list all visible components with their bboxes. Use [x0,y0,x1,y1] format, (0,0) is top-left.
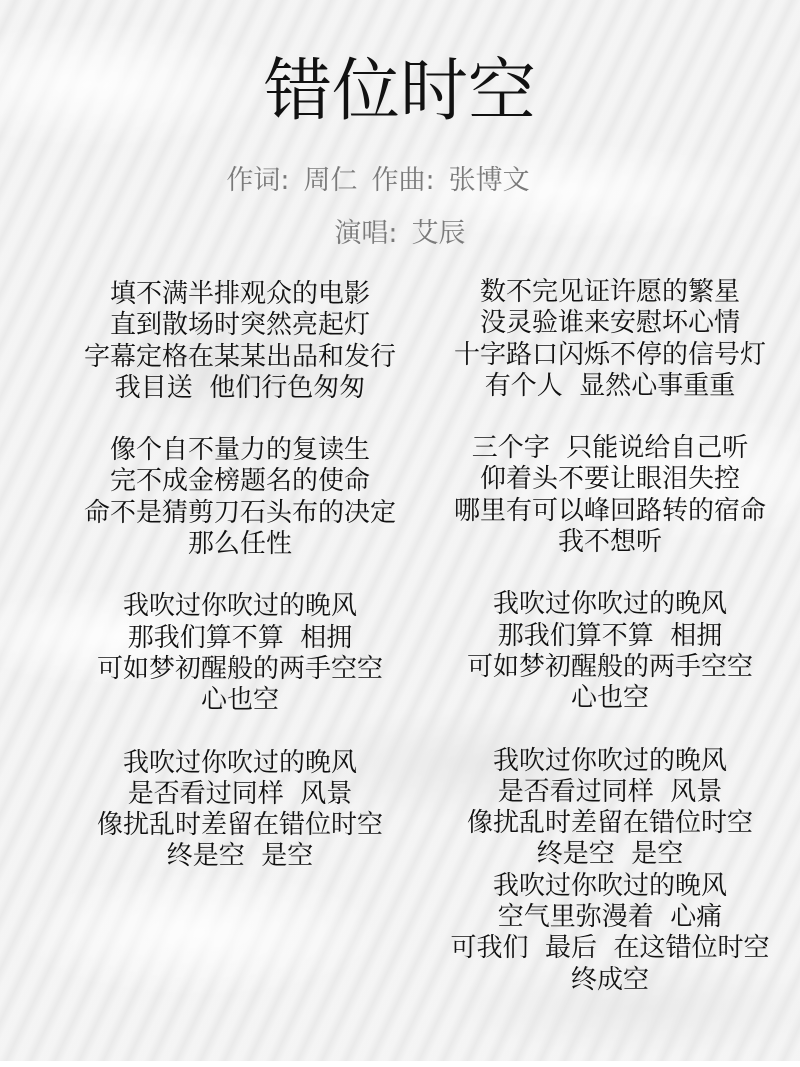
lyric-line: 是否看过同样 风景 [60,779,420,810]
lyric-stanza: 我吹过你吹过的晚风 空气里弥漫着 心痛 可我们 最后 在这错位时空 终成空 [432,871,788,996]
lyric-line: 我吹过你吹过的晚风 [432,871,788,902]
lyric-line: 我不想听 [432,527,788,558]
lyric-line: 三个字 只能说给自己听 [432,433,788,464]
lyric-line: 字幕定格在某某出品和发行 [60,342,420,373]
composer-name: 张博文 [449,165,530,196]
lyrics-right-column: 数不完见证许愿的繁星 没灵验谁来安慰坏心情 十字路口闪烁不停的信号灯 有个人 显… [432,277,788,996]
lyric-line: 我目送 他们行色匆匆 [60,373,420,404]
lyric-line: 我吹过你吹过的晚风 [60,748,420,779]
lyric-stanza: 我吹过你吹过的晚风 是否看过同样 风景 像扰乱时差留在错位时空 终是空 是空 [60,748,420,873]
credits-writers: 作词:周仁作曲:张博文 [0,163,778,199]
singer-name: 艾辰 [412,218,466,249]
lyric-line: 我吹过你吹过的晚风 [432,589,788,620]
lyric-line: 那我们算不算 相拥 [60,623,420,654]
lyric-line: 是否看过同样 风景 [432,777,788,808]
bottom-border-strip [0,1061,800,1067]
lyric-line: 终成空 [432,965,788,996]
lyric-line: 像扰乱时差留在错位时空 [60,810,420,841]
singer-label: 演唱: [334,218,397,249]
lyric-line: 我吹过你吹过的晚风 [60,591,420,622]
lyric-stanza: 填不满半排观众的电影 直到散场时突然亮起灯 字幕定格在某某出品和发行 我目送 他… [60,279,420,404]
lyric-stanza: 像个自不量力的复读生 完不成金榜题名的使命 命不是猜剪刀石头布的决定 那么任性 [60,435,420,560]
lyric-line: 命不是猜剪刀石头布的决定 [60,498,420,529]
composer-label: 作曲: [372,165,435,196]
lyric-line: 可如梦初醒般的两手空空 [60,654,420,685]
lyric-line: 直到散场时突然亮起灯 [60,310,420,341]
lyric-line: 没灵验谁来安慰坏心情 [432,308,788,339]
lyric-stanza: 三个字 只能说给自己听 仰着头不要让眼泪失控 哪里有可以峰回路转的宿命 我不想听 [432,433,788,558]
lyric-line: 仰着头不要让眼泪失控 [432,464,788,495]
lyric-stanza: 我吹过你吹过的晚风 是否看过同样 风景 像扰乱时差留在错位时空 终是空 是空 [432,746,788,871]
lyric-line: 那么任性 [60,529,420,560]
lyric-line: 完不成金榜题名的使命 [60,466,420,497]
lyrics-left-column: 填不满半排观众的电影 直到散场时突然亮起灯 字幕定格在某某出品和发行 我目送 他… [60,279,420,904]
lyric-line: 填不满半排观众的电影 [60,279,420,310]
lyric-stanza: 数不完见证许愿的繁星 没灵验谁来安慰坏心情 十字路口闪烁不停的信号灯 有个人 显… [432,277,788,402]
lyric-line: 有个人 显然心事重重 [432,371,788,402]
lyric-line: 数不完见证许愿的繁星 [432,277,788,308]
lyric-line: 那我们算不算 相拥 [432,621,788,652]
lyric-line: 空气里弥漫着 心痛 [432,902,788,933]
credits-singer: 演唱:艾辰 [0,216,800,252]
lyric-line: 终是空 是空 [60,841,420,872]
song-title: 错位时空 [0,48,800,136]
lyric-line: 心也空 [432,683,788,714]
lyric-line: 可如梦初醒般的两手空空 [432,652,788,683]
lyric-line: 心也空 [60,685,420,716]
lyric-line: 像扰乱时差留在错位时空 [432,808,788,839]
lyric-stanza: 我吹过你吹过的晚风 那我们算不算 相拥 可如梦初醒般的两手空空 心也空 [60,591,420,716]
lyric-line: 我吹过你吹过的晚风 [432,746,788,777]
lyricist-name: 周仁 [304,165,358,196]
lyric-line: 终是空 是空 [432,839,788,870]
lyric-line: 像个自不量力的复读生 [60,435,420,466]
lyric-line: 哪里有可以峰回路转的宿命 [432,496,788,527]
lyric-line: 可我们 最后 在这错位时空 [432,933,788,964]
lyric-line: 十字路口闪烁不停的信号灯 [432,340,788,371]
lyricist-label: 作词: [226,165,289,196]
lyric-stanza: 我吹过你吹过的晚风 那我们算不算 相拥 可如梦初醒般的两手空空 心也空 [432,589,788,714]
